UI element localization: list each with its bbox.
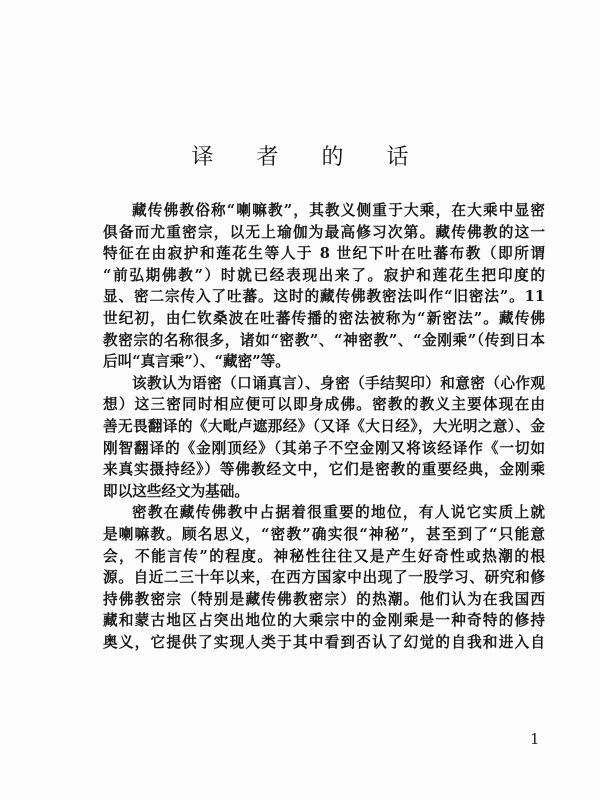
text-line: 后叫“真言乘”）、“藏密”等。 [103, 351, 545, 373]
text-line: 教密宗的名称很多，诸如“密教”、“神密教”、“金刚乘”（传到日本 [103, 330, 545, 352]
text-line: 世纪初，由仁钦桑波在吐蕃传播的密法被称为“新密法”。藏传佛 [103, 308, 545, 330]
text-line: 源。自近二三十年以来，在西方国家中出现了一股学习、研究和修 [103, 567, 545, 589]
paragraph-1: 藏传佛教俗称“喇嘛教”，其教义侧重于大乘，在大乘中显密 俱备而尤重密宗，以无上瑜… [103, 200, 545, 373]
text-line: “前弘期佛教”）时就已经表现出来了。寂护和莲花生把印度的 [103, 265, 545, 287]
text-line: 持佛教密宗（特别是藏传佛教密宗）的热潮。他们认为在我国西 [103, 589, 545, 611]
text-line: 是喇嘛教。顾名思义，“密教”确实很“神秘”，甚至到了“只能意 [103, 524, 545, 546]
text-line: 俱备而尤重密宗，以无上瑜伽为最高修习次第。藏传佛教的这一 [103, 222, 545, 244]
text-line: 即以这些经文为基础。 [103, 481, 545, 503]
text-line: 藏和蒙古地区占突出地位的大乘宗中的金刚乘是一种奇特的修持 [103, 610, 545, 632]
text-line: 会，不能言传”的程度。神秘性往往又是产生好奇性或热潮的根 [103, 546, 545, 568]
paragraph-3: 密教在藏传佛教中占据着很重要的地位，有人说它实质上就 是喇嘛教。顾名思义，“密教… [103, 502, 545, 653]
text-line: 该教认为语密（口诵真言）、身密（手结契印）和意密（心作观 [103, 373, 545, 395]
text-line: 密教在藏传佛教中占据着很重要的地位，有人说它实质上就 [103, 502, 545, 524]
text-line: 奥义，它提供了实现人类于其中看到否认了幻觉的自我和进入自 [103, 632, 545, 654]
text-line: 藏传佛教俗称“喇嘛教”，其教义侧重于大乘，在大乘中显密 [103, 200, 545, 222]
paragraph-2: 该教认为语密（口诵真言）、身密（手结契印）和意密（心作观 想）这三密同时相应便可… [103, 373, 545, 503]
page-title: 译 者 的 话 [0, 140, 600, 171]
page-number: 1 [530, 730, 540, 748]
text-line: 来真实摄持经》）等佛教经文中，它们是密教的重要经典，金刚乘 [103, 459, 545, 481]
text-line: 特征在由寂护和莲花生等人于 8 世纪下叶在吐蕃布教（即所谓 [103, 243, 545, 265]
text-line: 显、密二宗传入了吐蕃。这时的藏传佛教密法叫作“旧密法”。11 [103, 286, 545, 308]
book-page: 译 者 的 话 藏传佛教俗称“喇嘛教”，其教义侧重于大乘，在大乘中显密 俱备而尤… [0, 0, 600, 800]
text-line: 刚智翻译的《金刚顶经》（其弟子不空金刚又将该经译作《一切如 [103, 438, 545, 460]
text-line: 善无畏翻译的《大毗卢遮那经》（又译《大日经》，大光明之意）、金 [103, 416, 545, 438]
text-line: 想）这三密同时相应便可以即身成佛。密教的教义主要体现在由 [103, 394, 545, 416]
body-text: 藏传佛教俗称“喇嘛教”，其教义侧重于大乘，在大乘中显密 俱备而尤重密宗，以无上瑜… [103, 200, 545, 653]
